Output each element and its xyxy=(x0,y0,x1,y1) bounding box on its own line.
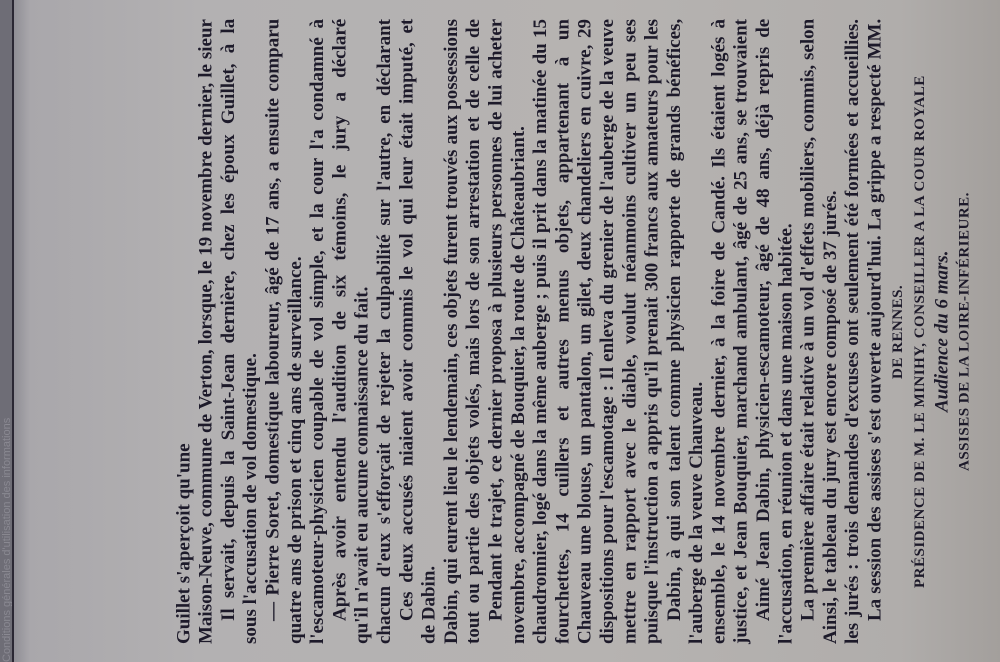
paragraph: Aimé Jean Dabin, physicien-escamoteur, â… xyxy=(686,19,775,644)
section-title: ASSISES DE LA LOIRE-INFÉRIEURE. xyxy=(954,19,976,644)
presidency-line-2: DE RENNES. xyxy=(887,19,909,644)
paragraph: Ces deux accusés niaient avoir commis le… xyxy=(352,19,419,644)
paragraph: — Pierre Soret, domestique laboureur, âg… xyxy=(240,19,285,644)
paragraph: Après avoir entendu l'audition de six té… xyxy=(285,19,352,644)
paragraph: La session des assises s'est ouverte auj… xyxy=(820,19,887,644)
paragraph: La première affaire était relative à un … xyxy=(775,19,820,644)
paragraph: Pendant le trajet, ce dernier proposa à … xyxy=(419,19,508,644)
section-subtitle: Audience du 6 mars. xyxy=(931,19,953,644)
presidency-line: PRÉSIDENCE DE M. LE MINIHY, CONSEILLER A… xyxy=(909,19,931,644)
paragraph: Il servait, depuis la Saint-Jean dernièr… xyxy=(173,19,240,644)
column-rule xyxy=(12,0,14,662)
paragraph: Dabin, à qui son talent comme physicien … xyxy=(508,19,686,644)
newspaper-column: ASSISES DE LA LOIRE-INFÉRIEURE. Audience… xyxy=(16,19,976,644)
rotated-newspaper-page: ASSISES DE LA LOIRE-INFÉRIEURE. Audience… xyxy=(0,0,1000,662)
